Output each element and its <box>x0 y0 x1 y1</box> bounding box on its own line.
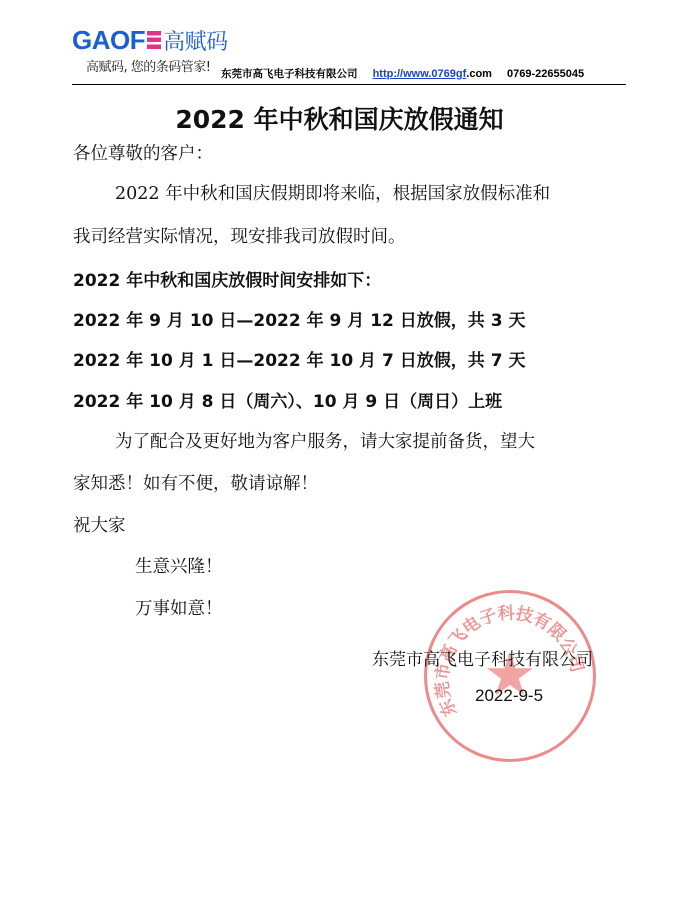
schedule-item: 2022 年 10 月 1 日—2022 年 10 月 7 日放假，共 7 天 <box>73 346 525 371</box>
signature-company: 东莞市高飞电子科技有限公司 <box>372 645 593 670</box>
schedule-heading: 2022 年中秋和国庆放假时间安排如下： <box>73 266 381 291</box>
notice-line-1: 为了配合及更好地为客户服务，请大家提前备货，望大 <box>115 428 535 453</box>
wish-intro: 祝大家 <box>73 512 126 537</box>
notice-line-2: 家知悉！如有不便，敬请谅解！ <box>73 470 318 495</box>
company-seal: 东莞市高飞电子科技有限公司 ★ <box>424 590 596 762</box>
brand-logo: GAOF高赋码 <box>72 26 228 57</box>
logo-stripes-icon <box>147 31 161 49</box>
header-info: 东莞市高飞电子科技有限公司 http://www.0769gf.com 0769… <box>221 66 584 81</box>
phone-number: 0769-22655045 <box>507 68 584 80</box>
website-tld: .com <box>466 68 492 80</box>
schedule-item: 2022 年 9 月 10 日—2022 年 9 月 12 日放假，共 3 天 <box>73 306 525 331</box>
signature-date: 2022-9-5 <box>475 686 543 706</box>
header-divider <box>72 84 626 85</box>
header-company: 东莞市高飞电子科技有限公司 <box>221 68 358 80</box>
page-title: 2022 年中秋和国庆放假通知 <box>0 100 679 136</box>
schedule-item: 2022 年 10 月 8 日（周六）、10 月 9 日（周日）上班 <box>73 387 502 412</box>
slogan: 高赋码, 您的条码管家! <box>86 56 210 75</box>
salutation: 各位尊敬的客户： <box>73 140 213 165</box>
wish-item: 生意兴隆！ <box>135 553 223 578</box>
logo-latin: GAOF <box>72 25 145 55</box>
intro-line-2: 我司经营实际情况，现安排我司放假时间。 <box>73 223 406 248</box>
wish-item: 万事如意！ <box>135 595 223 620</box>
intro-line-1: 2022 年中秋和国庆假期即将来临，根据国家放假标准和 <box>115 180 550 205</box>
website-link[interactable]: http://www.0769gf <box>373 68 467 80</box>
logo-cn: 高赋码 <box>163 30 228 55</box>
